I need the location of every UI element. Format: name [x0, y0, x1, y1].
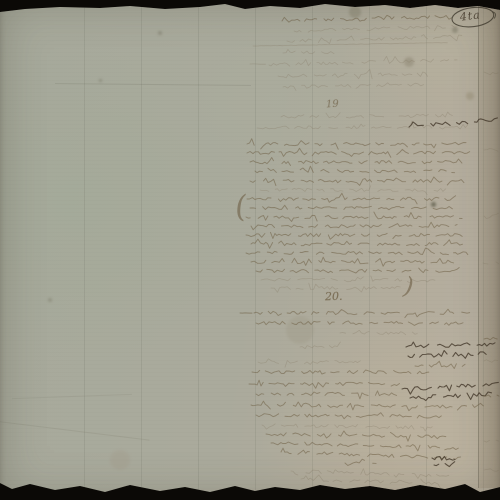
paper-stain: [110, 450, 130, 470]
handwriting-line: [250, 177, 464, 186]
handwriting-line: [252, 370, 429, 374]
handwriting-line: [257, 120, 475, 130]
handwriting-line: [256, 412, 447, 420]
handwriting-line: [281, 448, 461, 460]
paper-stain: [452, 27, 458, 33]
handwriting-line: [483, 395, 499, 397]
folio-number: 4ta: [459, 8, 481, 23]
handwriting-line: [484, 72, 498, 75]
handwriting-line: [406, 339, 495, 349]
handwriting-line: [246, 212, 462, 222]
handwriting-line: [247, 148, 470, 157]
handwriting-line: [249, 380, 400, 388]
page-edge-strip: [479, 6, 500, 488]
handwriting-line: [262, 423, 432, 432]
manuscript-scan: 4ta 19 20. ( ): [0, 0, 500, 500]
handwriting-line: [282, 13, 452, 24]
handwriting-line: [251, 401, 417, 411]
handwriting-line: [399, 112, 458, 118]
handwriting-layer: [0, 0, 500, 500]
handwriting-line: [251, 239, 463, 248]
paper-stain: [158, 31, 162, 35]
handwriting-line: [256, 268, 459, 274]
crease-line: [0, 420, 149, 440]
handwriting-line: [266, 430, 451, 442]
handwriting-line: [415, 361, 465, 369]
paper-stain: [349, 6, 361, 18]
handwriting-line: [254, 309, 470, 317]
handwriting-line: [256, 321, 463, 326]
handwriting-line: [258, 359, 360, 368]
handwriting-line: [410, 392, 492, 403]
handwriting-line: [247, 193, 461, 204]
handwriting-line: [283, 49, 334, 55]
handwriting-line: [340, 330, 417, 334]
paper-stain: [48, 298, 52, 302]
handwriting-line: [409, 115, 498, 129]
handwriting-line: [484, 337, 497, 339]
handwriting-line: [251, 257, 454, 266]
handwriting-line: [260, 186, 446, 195]
handwriting-line: [247, 139, 474, 150]
paper-stain: [404, 57, 414, 67]
laid-paper-chain-lines: [0, 0, 500, 500]
ink-open-parenthesis: (: [233, 189, 248, 225]
handwriting-line: [301, 474, 442, 488]
handwriting-line: [484, 149, 498, 152]
page-fold-line: [478, 6, 479, 488]
handwriting-line: [271, 283, 400, 292]
handwriting-line: [278, 68, 432, 80]
paper-stain: [431, 202, 436, 207]
paper-stain: [99, 79, 102, 82]
folio-circle-icon: [448, 2, 500, 34]
handwriting-line: [256, 391, 397, 399]
handwriting-line: [269, 54, 457, 66]
handwriting-line: [300, 342, 340, 349]
handwriting-line: [281, 112, 390, 118]
handwriting-line: [408, 349, 486, 360]
handwriting-line: [294, 25, 457, 34]
handwriting-line: [283, 82, 424, 91]
handwriting-line: [250, 158, 468, 166]
section-number-19: 19: [326, 99, 339, 111]
handwriting-line: [291, 466, 456, 480]
handwriting-line: [251, 222, 457, 230]
handwriting-line: [345, 459, 376, 466]
manuscript-page: 4ta 19 20. ( ): [0, 0, 500, 500]
section-number-20: 20.: [325, 290, 343, 304]
handwriting-line: [253, 42, 447, 46]
handwriting-line: [484, 469, 498, 472]
handwriting-line: [484, 360, 498, 363]
circled-folio-mark: 4ta: [448, 2, 500, 34]
handwriting-line: [250, 205, 452, 209]
crease-line: [12, 394, 132, 399]
handwriting-line: [432, 456, 461, 460]
handwriting-line: [255, 166, 455, 173]
handwriting-line: [271, 441, 458, 452]
handwriting-line: [484, 213, 499, 218]
handwriting-line: [425, 403, 484, 410]
handwriting-line: [246, 248, 468, 255]
handwriting-line: [246, 232, 467, 239]
handwriting-line: [483, 262, 499, 264]
ink-close-parenthesis: ): [402, 271, 415, 300]
handwriting-line: [261, 276, 441, 283]
paper-stain: [466, 92, 474, 100]
handwriting-line: [287, 33, 467, 45]
paper-stain: [286, 316, 314, 344]
handwriting-line: [434, 462, 455, 467]
handwriting-line: [484, 440, 499, 442]
crease-line: [55, 83, 251, 86]
handwriting-line: [402, 382, 499, 394]
